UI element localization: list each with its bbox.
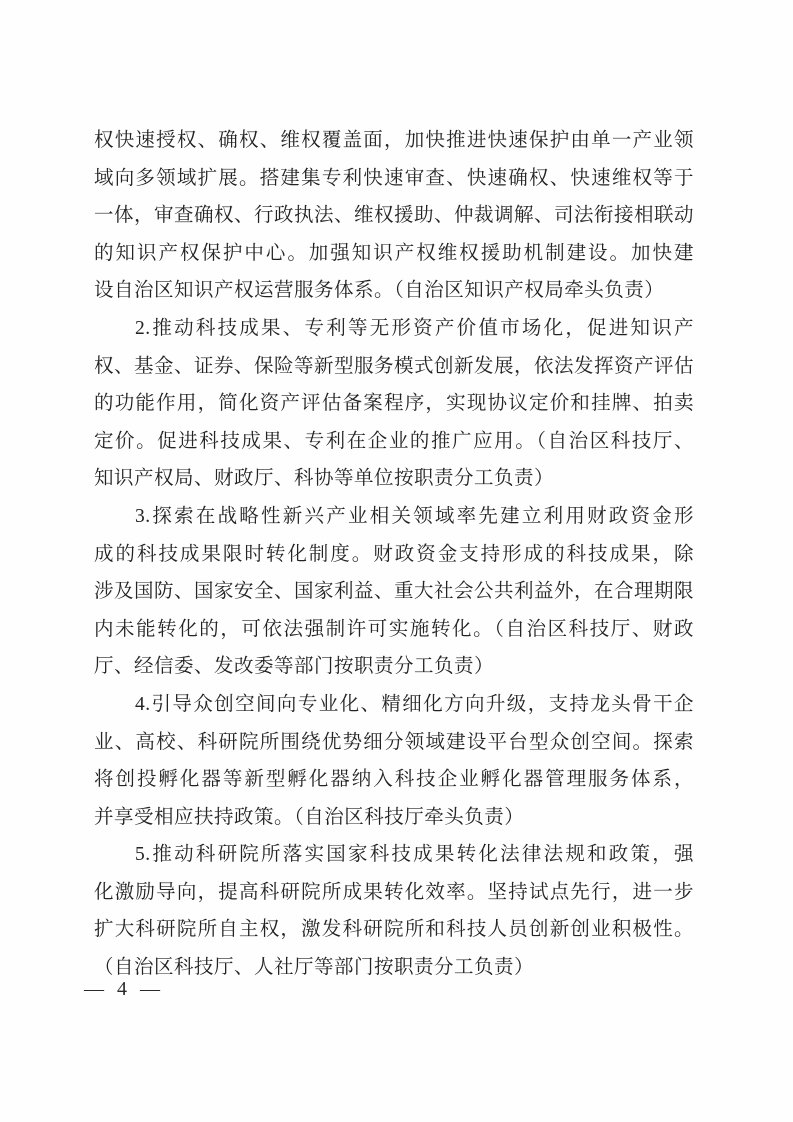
- text-line: 一体，审查确权、行政执法、维权援助、仲裁调解、司法衔接相联动: [94, 197, 694, 235]
- text-line: 厅、经信委、发改委等部门按职责分工负责）: [94, 648, 694, 686]
- footer-dash-right: —: [140, 976, 160, 1002]
- text-line: （自治区科技厅、人社厅等部门按职责分工负责）: [94, 949, 694, 987]
- text-line: 内未能转化的，可依法强制许可实施转化。（自治区科技厅、财政: [94, 611, 694, 649]
- text-line: 并享受相应扶持政策。（自治区科技厅牵头负责）: [94, 799, 694, 837]
- text-line: 涉及国防、国家安全、国家利益、重大社会公共利益外，在合理期限: [94, 573, 694, 611]
- text-line: 业、高校、科研院所围绕优势细分领域建设平台型众创空间。探索: [94, 724, 694, 762]
- page-number: 4: [117, 976, 127, 1002]
- text-line: 4.引导众创空间向专业化、精细化方向升级，支持龙头骨干企: [94, 686, 694, 724]
- text-line: 权、基金、证券、保险等新型服务模式创新发展，依法发挥资产评估: [94, 348, 694, 386]
- document-page: 权快速授权、确权、维权覆盖面，加快推进快速保护由单一产业领域向多领域扩展。搭建集…: [0, 0, 793, 1122]
- page-footer: — 4 —: [84, 976, 160, 1002]
- text-line: 3.探索在战略性新兴产业相关领域率先建立利用财政资金形: [94, 498, 694, 536]
- text-line: 定价。促进科技成果、专利在企业的推广应用。（自治区科技厅、: [94, 423, 694, 461]
- text-line: 的知识产权保护中心。加强知识产权维权援助机制建设。加快建: [94, 235, 694, 273]
- paragraph: 4.引导众创空间向专业化、精细化方向升级，支持龙头骨干企业、高校、科研院所围绕优…: [94, 686, 694, 836]
- text-line: 域向多领域扩展。搭建集专利快速审查、快速确权、快速维权等于: [94, 160, 694, 198]
- text-line: 的功能作用，简化资产评估备案程序，实现协议定价和挂牌、拍卖: [94, 385, 694, 423]
- text-line: 将创投孵化器等新型孵化器纳入科技企业孵化器管理服务体系，: [94, 761, 694, 799]
- text-line: 设自治区知识产权运营服务体系。（自治区知识产权局牵头负责）: [94, 272, 694, 310]
- paragraph: 权快速授权、确权、维权覆盖面，加快推进快速保护由单一产业领域向多领域扩展。搭建集…: [94, 122, 694, 310]
- document-body: 权快速授权、确权、维权覆盖面，加快推进快速保护由单一产业领域向多领域扩展。搭建集…: [94, 122, 694, 987]
- text-line: 成的科技成果限时转化制度。财政资金支持形成的科技成果，除: [94, 536, 694, 574]
- text-line: 知识产权局、财政厅、科协等单位按职责分工负责）: [94, 460, 694, 498]
- text-line: 权快速授权、确权、维权覆盖面，加快推进快速保护由单一产业领: [94, 122, 694, 160]
- footer-dash-left: —: [84, 976, 104, 1002]
- paragraph: 5.推动科研院所落实国家科技成果转化法律法规和政策，强化激励导向，提高科研院所成…: [94, 836, 694, 986]
- text-line: 2.推动科技成果、专利等无形资产价值市场化，促进知识产: [94, 310, 694, 348]
- text-line: 5.推动科研院所落实国家科技成果转化法律法规和政策，强: [94, 836, 694, 874]
- paragraph: 2.推动科技成果、专利等无形资产价值市场化，促进知识产权、基金、证券、保险等新型…: [94, 310, 694, 498]
- paragraph: 3.探索在战略性新兴产业相关领域率先建立利用财政资金形成的科技成果限时转化制度。…: [94, 498, 694, 686]
- text-line: 扩大科研院所自主权，激发科研院所和科技人员创新创业积极性。: [94, 911, 694, 949]
- text-line: 化激励导向，提高科研院所成果转化效率。坚持试点先行，进一步: [94, 874, 694, 912]
